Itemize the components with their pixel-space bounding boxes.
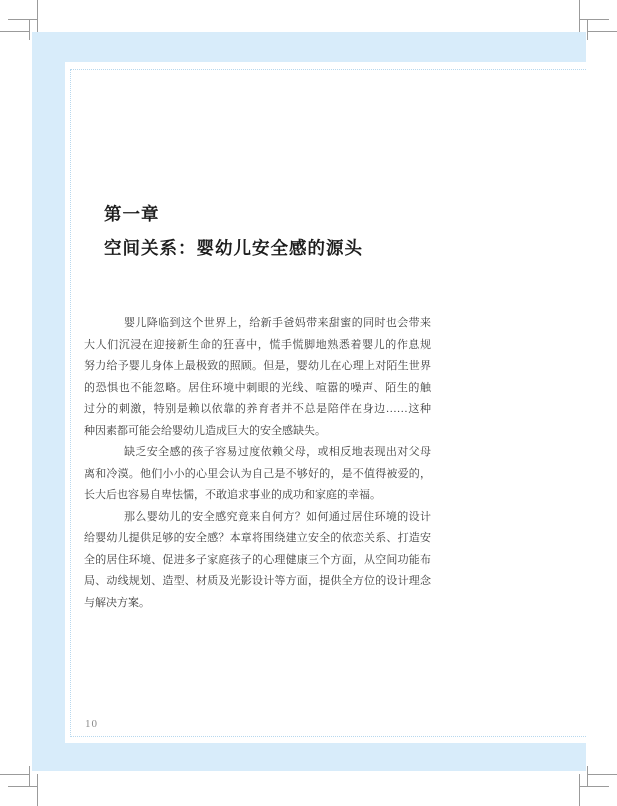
body-text-line: 的恐惧也不能忽略。居住环境中刺眼的光线、喧嚣的噪声、陌生的触感、: [84, 378, 431, 400]
body-text-line: 过分的刺激，特别是赖以依靠的养育者并不总是陪伴在身边……这种: [84, 399, 431, 421]
crop-mark-line: [37, 774, 38, 806]
body-text-line: 全的居住环境、促进多子家庭孩子的心理健康三个方面，从空间功能布: [84, 550, 431, 572]
body-text-line: 离和冷漠。他们小小的心里会认为自己是不够好的，是不值得被爱的，: [84, 464, 431, 486]
body-text-line: 大人们沉浸在迎接新生命的狂喜中，慌手慌脚地熟悉着婴儿的作息规律，: [84, 335, 431, 357]
crop-mark-line: [579, 786, 609, 787]
crop-mark-line: [579, 19, 609, 20]
crop-mark-line: [8, 19, 38, 20]
crop-mark-line: [587, 766, 588, 787]
crop-mark-line: [29, 19, 30, 40]
page-number: 10: [85, 718, 98, 730]
crop-mark-line: [587, 31, 617, 32]
crop-mark-line: [37, 0, 38, 32]
body-text-line: 局、动线规划、造型、材质及光影设计等方面，提供全方位的设计理念: [84, 571, 431, 593]
crop-mark-line: [0, 774, 30, 775]
content-area: 第一章 空间关系：婴幼儿安全感的源头 婴儿降临到这个世界上，给新手爸妈带来甜蜜的…: [65, 62, 586, 743]
body-text-line: 努力给予婴儿身体上最极致的照顾。但是，婴幼儿在心理上对陌生世界: [84, 356, 431, 378]
crop-mark-bottom-right: [577, 766, 617, 806]
crop-mark-line: [0, 31, 30, 32]
body-text-line: 种因素都可能会给婴幼儿造成巨大的安全感缺失。: [84, 421, 431, 443]
crop-mark-line: [587, 774, 617, 775]
crop-mark-line: [587, 19, 588, 40]
body-text-line: 婴儿降临到这个世界上，给新手爸妈带来甜蜜的同时也会带来烦恼。: [84, 313, 431, 335]
chapter-title: 空间关系：婴幼儿安全感的源头: [104, 231, 363, 265]
crop-mark-line: [8, 786, 38, 787]
body-text: 婴儿降临到这个世界上，给新手爸妈带来甜蜜的同时也会带来烦恼。大人们沉浸在迎接新生…: [84, 313, 431, 614]
book-page-canvas: 第一章 空间关系：婴幼儿安全感的源头 婴儿降临到这个世界上，给新手爸妈带来甜蜜的…: [0, 0, 617, 806]
page-background: 第一章 空间关系：婴幼儿安全感的源头 婴儿降临到这个世界上，给新手爸妈带来甜蜜的…: [32, 32, 586, 771]
crop-mark-line: [579, 0, 580, 32]
crop-mark-bottom-left: [0, 766, 40, 806]
body-text-line: 与解决方案。: [84, 593, 431, 615]
crop-mark-line: [579, 774, 580, 806]
crop-mark-line: [29, 766, 30, 787]
body-text-line: 缺乏安全感的孩子容易过度依赖父母，或相反地表现出对父母的疏: [84, 442, 431, 464]
chapter-number: 第一章: [104, 197, 363, 231]
body-text-line: 给婴幼儿提供足够的安全感？本章将围绕建立安全的依恋关系、打造安: [84, 528, 431, 550]
chapter-title-block: 第一章 空间关系：婴幼儿安全感的源头: [104, 197, 363, 265]
body-text-line: 长大后也容易自卑怯懦，不敢追求事业的成功和家庭的幸福。: [84, 485, 431, 507]
body-text-line: 那么婴幼儿的安全感究竟来自何方？如何通过居住环境的设计来: [84, 507, 431, 529]
